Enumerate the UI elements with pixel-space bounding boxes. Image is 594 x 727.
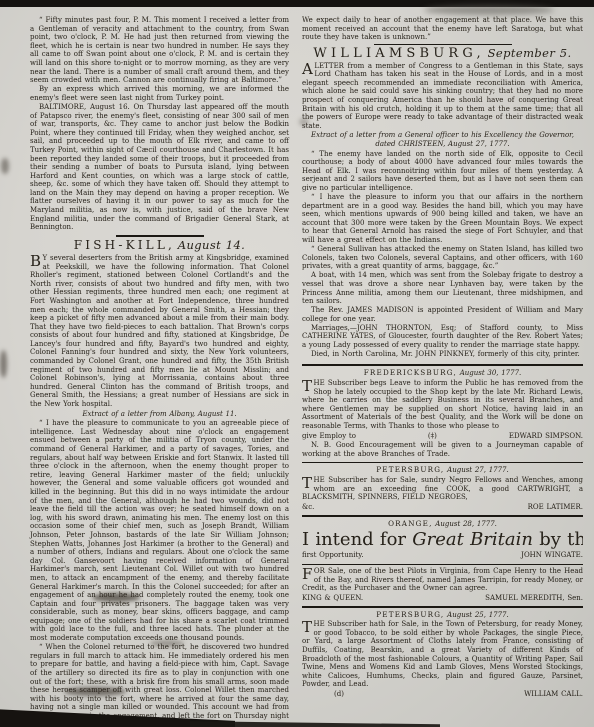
section-heading: WILLIAMSBURG, September 5. [302, 49, 583, 60]
signature-line: (d)WILLIAM CALL. [302, 690, 583, 699]
line-right: EDWARD SIMPSON. [509, 432, 583, 441]
paragraph-text: HE Subscriber hath for Sale, in the Town… [302, 620, 583, 688]
line-left: &c. [302, 503, 314, 512]
letter-attribution: Extract of a letter from Albany, August … [30, 410, 289, 419]
ink-stain [299, 118, 309, 126]
line-right: ROE LATIMER. [528, 503, 583, 512]
ad-dateline: PETERSBURG, August 27, 1777. [302, 466, 583, 475]
divider-rule [374, 44, 512, 45]
scan-smudge [424, 5, 554, 15]
article-paragraph: N. B. Good Encouragement will be given t… [302, 441, 583, 458]
ad-dateline: PETERSBURG, August 25, 1777. [302, 611, 583, 620]
newspaper-page: “ Fifty minutes past four, P. M. This mo… [0, 0, 594, 727]
divider-rule [302, 564, 583, 565]
margin-mark [1, 158, 9, 174]
paragraph-text: HE Subscriber begs Leave to inform the P… [302, 379, 583, 430]
paragraph-text: LETTER from a member of Congress to a Ge… [302, 62, 583, 130]
divider-rule [302, 462, 583, 463]
line-left: (d) [302, 690, 344, 699]
line-right: WILLIAM CALL. [524, 690, 583, 699]
article-paragraph: BY several deserters from the British ar… [30, 254, 289, 409]
article-paragraph: The Rev. JAMES MADISON is appointed Pres… [302, 306, 583, 323]
paragraph-text: OR Sale, one of the best Pilots in Virgi… [302, 567, 583, 592]
ink-stain [150, 640, 184, 647]
divider-rule [302, 606, 583, 607]
dateline-place: FREDERICKSBURG, [364, 368, 457, 377]
column-left: “ Fifty minutes past four, P. M. This mo… [30, 16, 289, 727]
signature-line: KING & QUEEN.SAMUEL MEREDITH, Sen. [302, 594, 583, 603]
heading-caps: WILLIAMSBURG, [313, 46, 484, 61]
ad-dateline: FREDERICKSBURG, August 30, 1777. [302, 369, 583, 378]
article-paragraph: “ I have the pleasure to inform you that… [302, 193, 583, 245]
line-left: give Employ to [302, 432, 356, 441]
signature-line: give Employ to(‡)EDWARD SIMPSON. [302, 432, 583, 441]
heading-caps: FISH-KILL, [74, 238, 175, 252]
drop-cap: T [302, 476, 314, 490]
article-paragraph: Marriages,—JOHN THORNTON, Esq; of Staffo… [302, 324, 583, 350]
article-paragraph: We expect daily to hear of another engag… [302, 16, 583, 42]
ad-dateline: ORANGE, August 28, 1777. [302, 520, 583, 529]
article-paragraph: By an express which arrived this morning… [30, 85, 289, 102]
line-left: KING & QUEEN. [302, 594, 363, 603]
article-paragraph: “ The enemy have landed on the north sid… [302, 150, 583, 193]
drop-cap: A [302, 62, 314, 76]
paragraph-text: HE Subscriber has for Sale, sundry Negro… [302, 476, 583, 501]
dateline-place: PETERSBURG, [376, 465, 444, 474]
notice-post: by the [539, 530, 583, 550]
ink-stain [92, 593, 140, 602]
article-paragraph: “ Fifty minutes past four, P. M. This mo… [30, 16, 289, 85]
heading-date: August 14. [178, 238, 245, 252]
article-paragraph: “ I have the pleasure to communicate to … [30, 419, 289, 642]
notice-emphasis: Great Britain [412, 530, 533, 550]
article-paragraph: FOR Sale, one of the best Pilots in Virg… [302, 567, 583, 593]
dateline-date: August 27, 1777. [447, 466, 509, 474]
letter-attribution: Extract of a letter from a General offic… [302, 131, 583, 148]
drop-cap: B [30, 254, 43, 268]
heading-date: September 5. [488, 46, 572, 60]
divider-rule [302, 515, 583, 516]
paragraph-text: Y several deserters from the British arm… [30, 254, 289, 408]
dateline-place: PETERSBURG, [376, 610, 444, 619]
dateline-date: August 28, 1777. [435, 520, 497, 528]
article-paragraph: THE Subscriber begs Leave to inform the … [302, 379, 583, 431]
ink-stain [64, 687, 126, 696]
article-paragraph: BALTIMORE, August 16. On Thursday last a… [30, 103, 289, 232]
notice-pre: I intend for [302, 530, 406, 550]
drop-cap: F [302, 567, 314, 581]
divider-rule [116, 235, 204, 238]
article-paragraph: A boat, with 14 men, which was sent from… [302, 271, 583, 305]
divider-rule [302, 364, 583, 367]
dateline-date: August 25, 1777. [447, 611, 509, 619]
article-paragraph: THE Subscriber has for Sale, sundry Negr… [302, 476, 583, 502]
drop-cap: T [302, 620, 314, 634]
article-paragraph: THE Subscriber hath for Sale, in the Tow… [302, 620, 583, 689]
section-heading: FISH-KILL, August 14. [30, 241, 289, 252]
dateline-date: August 30, 1777. [460, 369, 522, 377]
line-right: SAMUEL MEREDITH, Sen. [485, 594, 583, 603]
line-right: JOHN WINGATE. [521, 551, 583, 560]
margin-mark [0, 350, 7, 378]
notice-headline: I intend for Great Britain by the [302, 530, 583, 550]
dateline-place: ORANGE, [388, 519, 432, 528]
signature-line: &c.ROE LATIMER. [302, 503, 583, 512]
signature-line: first Opportunity.JOHN WINGATE. [302, 551, 583, 560]
article-paragraph: “ General Sullivan has attacked the enem… [302, 245, 583, 271]
article-paragraph: ALETTER from a member of Congress to a G… [302, 62, 583, 131]
article-paragraph: Died, in North Carolina, Mr. JOHN PINKNE… [302, 350, 583, 359]
line-mid: (‡) [428, 432, 437, 441]
column-right: We expect daily to hear of another engag… [302, 16, 583, 700]
drop-cap: T [302, 379, 314, 393]
line-left: first Opportunity. [302, 551, 364, 560]
